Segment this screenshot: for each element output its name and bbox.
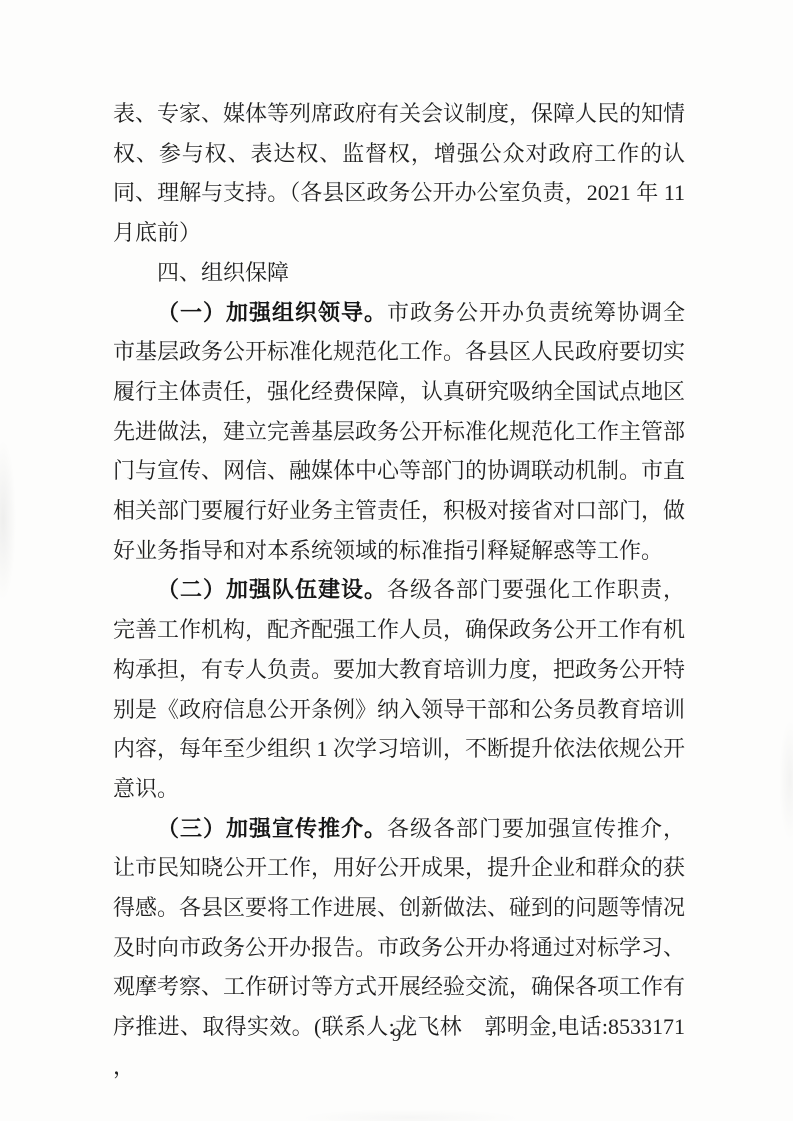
paragraph-1-text: 市政务公开办负责统筹协调全市基层政务公开标准化规范化工作。各县区人民政府要切实履… [113,300,685,563]
document-page: 表、专家、媒体等列席政府有关会议制度，保障人民的知情权、参与权、表达权、监督权，… [0,0,793,1121]
scan-smudge-left [0,440,16,600]
scan-smudge-right [779,720,793,840]
paragraph-3-lead: （三）加强宣传推介。 [157,816,387,841]
paragraph-1: （一）加强组织领导。市政务公开办负责统筹协调全市基层政务公开标准化规范化工作。各… [113,293,685,571]
paragraph-1-lead: （一）加强组织领导。 [157,300,387,325]
paragraph-2-text: 各级各部门要强化工作职责，完善工作机构，配齐配强工作人员，确保政务公开工作有机构… [113,577,685,801]
document-body: 表、专家、媒体等列席政府有关会议制度，保障人民的知情权、参与权、表达权、监督权，… [113,94,685,1087]
paragraph-2-lead: （二）加强队伍建设。 [157,577,387,602]
scan-smudge-bottom [300,1109,520,1121]
paragraph-continued: 表、专家、媒体等列席政府有关会议制度，保障人民的知情权、参与权、表达权、监督权，… [113,94,685,253]
section-heading: 四、组织保障 [113,253,685,293]
paragraph-2: （二）加强队伍建设。各级各部门要强化工作职责，完善工作机构，配齐配强工作人员，确… [113,570,685,808]
page-number: 9 [0,1024,793,1048]
